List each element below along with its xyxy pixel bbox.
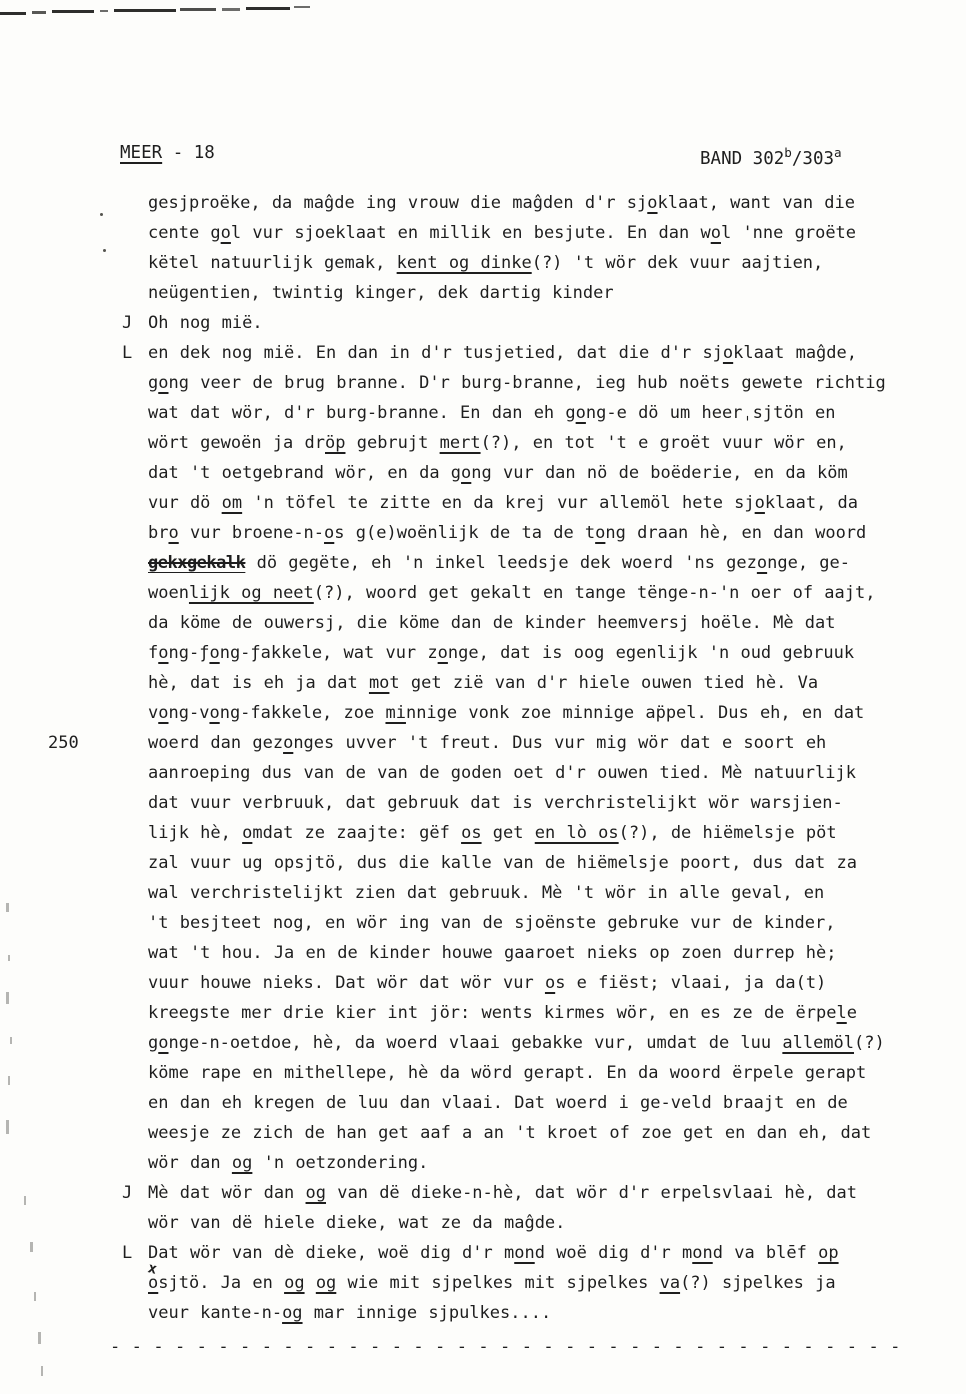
- speaker-label: [122, 278, 148, 308]
- scan-artifact: [100, 10, 108, 12]
- margin-line-number: [48, 758, 122, 788]
- line-text: bro vur broene-n-os g(e)woënlijk de ta d…: [148, 518, 966, 548]
- margin-line-number: [48, 1268, 122, 1298]
- speaker-label: L: [122, 1238, 148, 1268]
- line-text: wat 't hou. Ja en de kinder houwe gaaroe…: [148, 938, 966, 968]
- margin-line-number: [48, 248, 122, 278]
- transcript-line: JMè dat wör dan og van dë dieke-n-hè, da…: [0, 1178, 966, 1208]
- scan-artifact: [222, 8, 240, 11]
- scan-artifact: [246, 7, 290, 10]
- margin-line-number: [48, 368, 122, 398]
- transcript-line: wal verchristelijkt zien dat gebruuk. Mè…: [0, 878, 966, 908]
- margin-line-number: [48, 308, 122, 338]
- transcript-line: 't besjteet nog, en wör ing van de sjoën…: [0, 908, 966, 938]
- margin-line-number: [48, 518, 122, 548]
- speaker-label: [122, 218, 148, 248]
- margin-line-number: [48, 878, 122, 908]
- margin-line-number: [48, 608, 122, 638]
- scan-artifact: [100, 213, 103, 216]
- transcript-line: cente gol vur sjoeklaat en millik en bes…: [0, 218, 966, 248]
- line-text: woerd dan gezonges uvver 't freut. Dus v…: [148, 728, 966, 758]
- speaker-label: [122, 1208, 148, 1238]
- speaker-label: [122, 488, 148, 518]
- line-text: da köme de ouwersj, die köme dan de kind…: [148, 608, 966, 638]
- bottom-dashed-line: - - - - - - - - - - - - - - - - - - - - …: [110, 1332, 901, 1362]
- transcript-line: wat 't hou. Ja en de kinder houwe gaaroe…: [0, 938, 966, 968]
- speaker-label: [122, 638, 148, 668]
- line-text: 't besjteet nog, en wör ing van de sjoën…: [148, 908, 966, 938]
- margin-line-number: [48, 548, 122, 578]
- margin-line-number: [48, 1238, 122, 1268]
- line-text: zal vuur ug opsjtö, dus die kalle van de…: [148, 848, 966, 878]
- transcript: gesjproëke, da maĝde ing vrouw die maĝde…: [0, 188, 966, 1328]
- margin-line-number: [48, 188, 122, 218]
- transcript-line: köme rape en mithellepe, hè da wörd gera…: [0, 1058, 966, 1088]
- speaker-label: [122, 758, 148, 788]
- margin-line-number: [48, 668, 122, 698]
- transcript-line: wört gewoën ja dröp gebrujt mert(?), en …: [0, 428, 966, 458]
- line-text: cente gol vur sjoeklaat en millik en bes…: [148, 218, 966, 248]
- margin-line-number: [48, 458, 122, 488]
- scan-artifact: [8, 955, 10, 961]
- speaker-label: [122, 1028, 148, 1058]
- transcript-line: weesje ze zich de han get aaf a an 't kr…: [0, 1118, 966, 1148]
- page-title: MEER - 18: [120, 138, 215, 168]
- speaker-label: [122, 1268, 148, 1298]
- line-text: gonge-n-oetdoe, hè, da woerd vlaai gebak…: [148, 1028, 966, 1058]
- margin-line-number: [48, 848, 122, 878]
- margin-line-number: [48, 1178, 122, 1208]
- scan-artifact: [10, 1037, 12, 1044]
- transcript-line: wör dan og 'n oetzondering.: [0, 1148, 966, 1178]
- margin-line-number: [48, 398, 122, 428]
- transcript-line: wör van dë hiele dieke, wat ze da maĝde.: [0, 1208, 966, 1238]
- margin-line-number: [48, 488, 122, 518]
- transcript-line: vur dö om 'n töfel te zitte en da krej v…: [0, 488, 966, 518]
- speaker-label: [122, 1058, 148, 1088]
- line-text: neügentien, twintig kinger, dek dartig k…: [148, 278, 966, 308]
- speaker-label: [122, 1118, 148, 1148]
- line-text: wör dan og 'n oetzondering.: [148, 1148, 966, 1178]
- speaker-label: [122, 518, 148, 548]
- transcript-line: kreegste mer drie kier int jör: wents ki…: [0, 998, 966, 1028]
- margin-line-number: [48, 698, 122, 728]
- speaker-label: [122, 848, 148, 878]
- margin-line-number: [48, 278, 122, 308]
- speaker-label: [122, 248, 148, 278]
- speaker-label: [122, 728, 148, 758]
- band-reference: BAND 302b/303a: [700, 138, 842, 174]
- line-text: dat vuur verbruuk, dat gebruuk dat is ve…: [148, 788, 966, 818]
- speaker-label: L: [122, 338, 148, 368]
- speaker-label: [122, 668, 148, 698]
- transcript-line: en dan eh kregen de luu dan vlaai. Dat w…: [0, 1088, 966, 1118]
- page-header: MEER - 18 BAND 302b/303a: [0, 138, 966, 168]
- margin-line-number: 250: [48, 728, 122, 758]
- margin-line-number: [48, 338, 122, 368]
- transcript-line: neügentien, twintig kinger, dek dartig k…: [0, 278, 966, 308]
- speaker-label: [122, 428, 148, 458]
- speaker-label: [122, 788, 148, 818]
- line-text: osjtö. Ja en og og wie mit sjpelkes mit …: [148, 1268, 966, 1298]
- speaker-label: [122, 1088, 148, 1118]
- line-text: wör van dë hiele dieke, wat ze da maĝde.: [148, 1208, 966, 1238]
- transcript-line: 250woerd dan gezonges uvver 't freut. Du…: [0, 728, 966, 758]
- speaker-label: [122, 908, 148, 938]
- transcript-line: dat 't oetgebrand wör, en da gong vur da…: [0, 458, 966, 488]
- scan-artifact: [0, 12, 26, 15]
- speaker-label: [122, 608, 148, 638]
- margin-line-number: [48, 578, 122, 608]
- margin-line-number: [48, 1118, 122, 1148]
- margin-line-number: [48, 818, 122, 848]
- transcript-line: fong-ƒong-ƒakkele, wat vur zonge, dat is…: [0, 638, 966, 668]
- line-text: en dan eh kregen de luu dan vlaai. Dat w…: [148, 1088, 966, 1118]
- margin-line-number: [48, 998, 122, 1028]
- scan-artifact: [6, 903, 9, 912]
- transcript-line: wat dat wör, d'r burg-branne. En dan eh …: [0, 398, 966, 428]
- transcript-line: gong veer de brug branne. D'r burg-brann…: [0, 368, 966, 398]
- line-text: hè, dat is eh ja dat mot get zië van d'r…: [148, 668, 966, 698]
- line-text: këtel natuurlijk gemak, kent og dinke(?)…: [148, 248, 966, 278]
- line-text: woenlijk og neet(?), woord get gekalt en…: [148, 578, 966, 608]
- scan-artifact: [30, 1242, 33, 1252]
- transcript-line: këtel natuurlijk gemak, kent og dinke(?)…: [0, 248, 966, 278]
- scan-artifact: [34, 1292, 36, 1301]
- line-text: Oh nog mië.: [148, 308, 966, 338]
- line-text: en dek nog mië. En dan in d'r tusjetied,…: [148, 338, 966, 368]
- speaker-label: [122, 698, 148, 728]
- line-text: dat 't oetgebrand wör, en da gong vur da…: [148, 458, 966, 488]
- scan-artifact: [6, 992, 9, 1004]
- line-text: weesje ze zich de han get aaf a an 't kr…: [148, 1118, 966, 1148]
- speaker-label: [122, 818, 148, 848]
- transcript-line: Len dek nog mië. En dan in d'r tusjetied…: [0, 338, 966, 368]
- scan-artifact: [24, 1196, 26, 1205]
- transcript-line: vong-vong-fakkele, zoe minnige vonk zoe …: [0, 698, 966, 728]
- transcript-line: gekxgekalk dö gegëte, eh 'n inkel leedsj…: [0, 548, 966, 578]
- transcript-line: gonge-n-oetdoe, hè, da woerd vlaai gebak…: [0, 1028, 966, 1058]
- line-text: gesjproëke, da maĝde ing vrouw die maĝde…: [148, 188, 966, 218]
- line-text: gong veer de brug branne. D'r burg-brann…: [148, 368, 966, 398]
- line-text: kreegste mer drie kier int jör: wents ki…: [148, 998, 966, 1028]
- transcript-line: hè, dat is eh ja dat mot get zië van d'r…: [0, 668, 966, 698]
- speaker-label: [122, 938, 148, 968]
- speaker-label: [122, 398, 148, 428]
- margin-line-number: [48, 638, 122, 668]
- transcript-line: gesjproëke, da maĝde ing vrouw die maĝde…: [0, 188, 966, 218]
- scan-artifact: [6, 1120, 9, 1134]
- margin-line-number: [48, 1298, 122, 1328]
- margin-line-number: [48, 218, 122, 248]
- scan-artifact: [294, 6, 310, 8]
- margin-line-number: [48, 908, 122, 938]
- line-text: aanroeping dus van de van de goden oet d…: [148, 758, 966, 788]
- line-text: wat dat wör, d'r burg-branne. En dan eh …: [148, 398, 966, 428]
- speaker-label: [122, 878, 148, 908]
- line-text: wört gewoën ja dröp gebrujt mert(?), en …: [148, 428, 966, 458]
- scan-artifact: [52, 10, 94, 13]
- speaker-label: [122, 548, 148, 578]
- margin-line-number: [48, 788, 122, 818]
- transcript-line: JOh nog mië.: [0, 308, 966, 338]
- scan-artifact: [8, 1076, 10, 1085]
- line-text: gekxgekalk dö gegëte, eh 'n inkel leedsj…: [148, 548, 966, 578]
- transcript-line: da köme de ouwersj, die köme dan de kind…: [0, 608, 966, 638]
- speaker-label: [122, 1298, 148, 1328]
- line-text: vuur houwe nieks. Dat wör dat wör vur os…: [148, 968, 966, 998]
- margin-line-number: [48, 1058, 122, 1088]
- speaker-label: J: [122, 308, 148, 338]
- line-text: veur kante-n-og mar innige sjpulkes....: [148, 1298, 966, 1328]
- margin-line-number: [48, 968, 122, 998]
- margin-line-number: [48, 938, 122, 968]
- transcript-line: lijk hè, omdat ze zaajte: gëf os get en …: [0, 818, 966, 848]
- line-text: wal verchristelijkt zien dat gebruuk. Mè…: [148, 878, 966, 908]
- transcript-line: veur kante-n-og mar innige sjpulkes....: [0, 1298, 966, 1328]
- line-text: Dat wör van dè dieke, woë dig d'r mond w…: [148, 1238, 966, 1268]
- scan-artifact: [180, 8, 216, 11]
- transcript-line: LDat wör van dè dieke, woë dig d'r mond …: [0, 1238, 966, 1268]
- transcript-line: osjtö. Ja en og og wie mit sjpelkes mit …: [0, 1268, 966, 1298]
- scan-artifact: [32, 11, 46, 14]
- line-text: fong-ƒong-ƒakkele, wat vur zonge, dat is…: [148, 638, 966, 668]
- speaker-label: [122, 578, 148, 608]
- line-text: Mè dat wör dan og van dë dieke-n-hè, dat…: [148, 1178, 966, 1208]
- scan-artifact: [38, 1332, 41, 1344]
- speaker-label: [122, 458, 148, 488]
- transcript-line: aanroeping dus van de van de goden oet d…: [0, 758, 966, 788]
- margin-line-number: [48, 1028, 122, 1058]
- scan-artifact: [41, 1366, 43, 1376]
- line-text: vong-vong-fakkele, zoe minnige vonk zoe …: [148, 698, 966, 728]
- speaker-label: [122, 968, 148, 998]
- transcript-line: woenlijk og neet(?), woord get gekalt en…: [0, 578, 966, 608]
- line-text: köme rape en mithellepe, hè da wörd gera…: [148, 1058, 966, 1088]
- transcript-line: vuur houwe nieks. Dat wör dat wör vur os…: [0, 968, 966, 998]
- margin-line-number: [48, 1208, 122, 1238]
- transcript-line: bro vur broene-n-os g(e)woënlijk de ta d…: [0, 518, 966, 548]
- margin-line-number: [48, 428, 122, 458]
- speaker-label: J: [122, 1178, 148, 1208]
- scan-artifact: [103, 249, 106, 252]
- speaker-label: [122, 368, 148, 398]
- speaker-label: [122, 188, 148, 218]
- margin-line-number: [48, 1088, 122, 1118]
- speaker-label: [122, 998, 148, 1028]
- line-text: vur dö om 'n töfel te zitte en da krej v…: [148, 488, 966, 518]
- margin-line-number: [48, 1148, 122, 1178]
- scanned-document-page: MEER - 18 BAND 302b/303a gesjproëke, da …: [0, 0, 966, 1394]
- line-text: lijk hè, omdat ze zaajte: gëf os get en …: [148, 818, 966, 848]
- scan-artifact: [114, 9, 176, 12]
- transcript-line: zal vuur ug opsjtö, dus die kalle van de…: [0, 848, 966, 878]
- speaker-label: [122, 1148, 148, 1178]
- transcript-line: dat vuur verbruuk, dat gebruuk dat is ve…: [0, 788, 966, 818]
